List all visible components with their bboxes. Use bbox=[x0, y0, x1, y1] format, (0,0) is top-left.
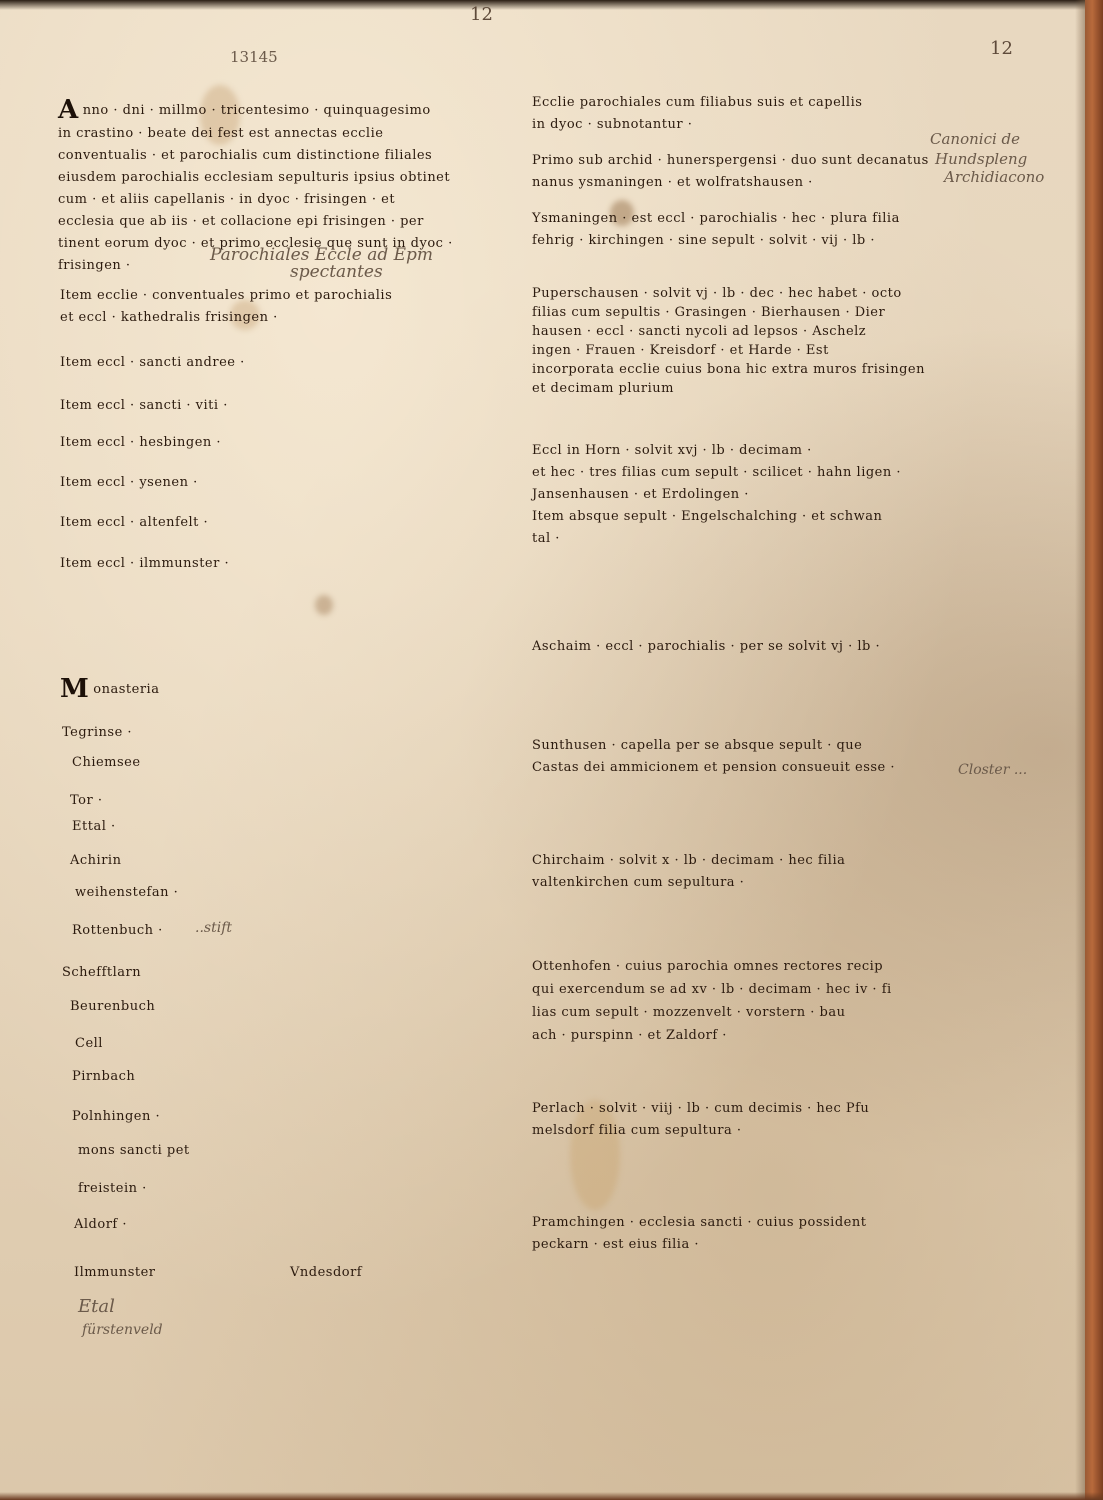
monastery-item: Polnhingen · bbox=[72, 1106, 160, 1128]
right-entry: Primo sub archid · hunerspergensi · duo … bbox=[532, 150, 929, 194]
monastery-item: Achirin bbox=[70, 850, 121, 872]
intro-line: nno · dni · millmo · tricentesimo · quin… bbox=[83, 103, 431, 118]
monastery-item: Chiemsee bbox=[72, 752, 141, 774]
intro-line: conventualis · et parochialis cum distin… bbox=[58, 145, 453, 167]
right-entry: Ottenhofen · cuius parochia omnes rector… bbox=[532, 955, 892, 1047]
monastery-item: Aldorf · bbox=[74, 1214, 127, 1236]
church-item: Item eccl · hesbingen · bbox=[60, 432, 221, 454]
marginal-note-closter: Closter ... bbox=[958, 762, 1027, 778]
pencil-monastery-item: Etal bbox=[78, 1296, 115, 1317]
monasteria-heading: Monasteria bbox=[60, 676, 159, 702]
right-entry: Pramchingen · ecclesia sancti · cuius po… bbox=[532, 1212, 866, 1256]
pencil-annotation-stift: ..stift bbox=[195, 920, 232, 936]
folio-number-corner: 12 bbox=[990, 38, 1013, 59]
marginal-note-line1: Canonici de bbox=[930, 130, 1020, 148]
right-entry: Aschaim · eccl · parochialis · per se so… bbox=[532, 636, 880, 658]
right-entry: Chirchaim · solvit x · lb · decimam · he… bbox=[532, 850, 845, 894]
church-item: Item eccl · ilmmunster · bbox=[60, 553, 229, 575]
marginal-note-line3: Archidiacono bbox=[944, 168, 1044, 186]
decorated-initial-a: A bbox=[58, 97, 79, 123]
conventual-line: Item ecclie · conventuales primo et paro… bbox=[60, 285, 392, 307]
page-gutter-fold bbox=[1075, 0, 1085, 1500]
right-entry: Ecclie parochiales cum filiabus suis et … bbox=[532, 92, 862, 136]
monastery-item: Ilmmunster bbox=[74, 1262, 156, 1284]
ink-spot bbox=[315, 595, 333, 615]
right-entry: Eccl in Horn · solvit xvj · lb · decimam… bbox=[532, 440, 901, 550]
monastery-item: Tegrinse · bbox=[62, 722, 132, 744]
intro-line: ecclesia que ab iis · et collacione epi … bbox=[58, 211, 453, 233]
right-entry: Ysmaningen · est eccl · parochialis · he… bbox=[532, 208, 900, 252]
shelfmark: 13145 bbox=[230, 48, 278, 66]
right-entry: Puperschausen · solvit vj · lb · dec · h… bbox=[532, 284, 925, 398]
church-item: Item eccl · ysenen · bbox=[60, 472, 198, 494]
monastery-item: mons sancti pet bbox=[78, 1140, 190, 1162]
monastery-item: freistein · bbox=[78, 1178, 147, 1200]
intro-line: eiusdem parochialis ecclesiam sepulturis… bbox=[58, 167, 453, 189]
monastery-item: weihenstefan · bbox=[75, 882, 178, 904]
monastery-item: Tor · bbox=[70, 790, 102, 812]
marginal-note-line2: Hundspleng bbox=[935, 150, 1027, 168]
page-bottom-edge bbox=[0, 1492, 1103, 1500]
pencil-monastery-item: fürstenveld bbox=[82, 1322, 163, 1338]
page-top-shadow bbox=[0, 0, 1103, 10]
monastery-item: Cell bbox=[75, 1033, 103, 1055]
church-item: Item eccl · sancti andree · bbox=[60, 352, 245, 374]
intro-line: in crastino · beate dei fest est annecta… bbox=[58, 123, 453, 145]
conventual-line: et eccl · kathedralis frisingen · bbox=[60, 307, 392, 329]
folio-number-top: 12 bbox=[470, 4, 493, 25]
monastery-item: Pirnbach bbox=[72, 1066, 135, 1088]
church-item: Item eccl · altenfelt · bbox=[60, 512, 208, 534]
decorated-initial-m: M bbox=[60, 676, 89, 702]
right-entry: Perlach · solvit · viij · lb · cum decim… bbox=[532, 1098, 869, 1142]
right-entry: Sunthusen · capella per se absque sepult… bbox=[532, 735, 895, 779]
monastery-item: Beurenbuch bbox=[70, 996, 155, 1018]
monastery-item: Ettal · bbox=[72, 816, 116, 838]
monastery-side-item: Vndesdorf bbox=[290, 1262, 362, 1284]
monastery-item: Rottenbuch · bbox=[72, 920, 163, 942]
pencil-annotation-line2: spectantes bbox=[290, 262, 383, 282]
intro-line: cum · et aliis capellanis · in dyoc · fr… bbox=[58, 189, 453, 211]
conventual-paragraph: Item ecclie · conventuales primo et paro… bbox=[60, 285, 392, 329]
manuscript-page: 12 12 13145 Anno · dni · millmo · tricen… bbox=[0, 0, 1103, 1500]
monastery-item: Schefftlarn bbox=[62, 962, 141, 984]
church-item: Item eccl · sancti · viti · bbox=[60, 395, 228, 417]
binding-edge bbox=[1085, 0, 1103, 1500]
